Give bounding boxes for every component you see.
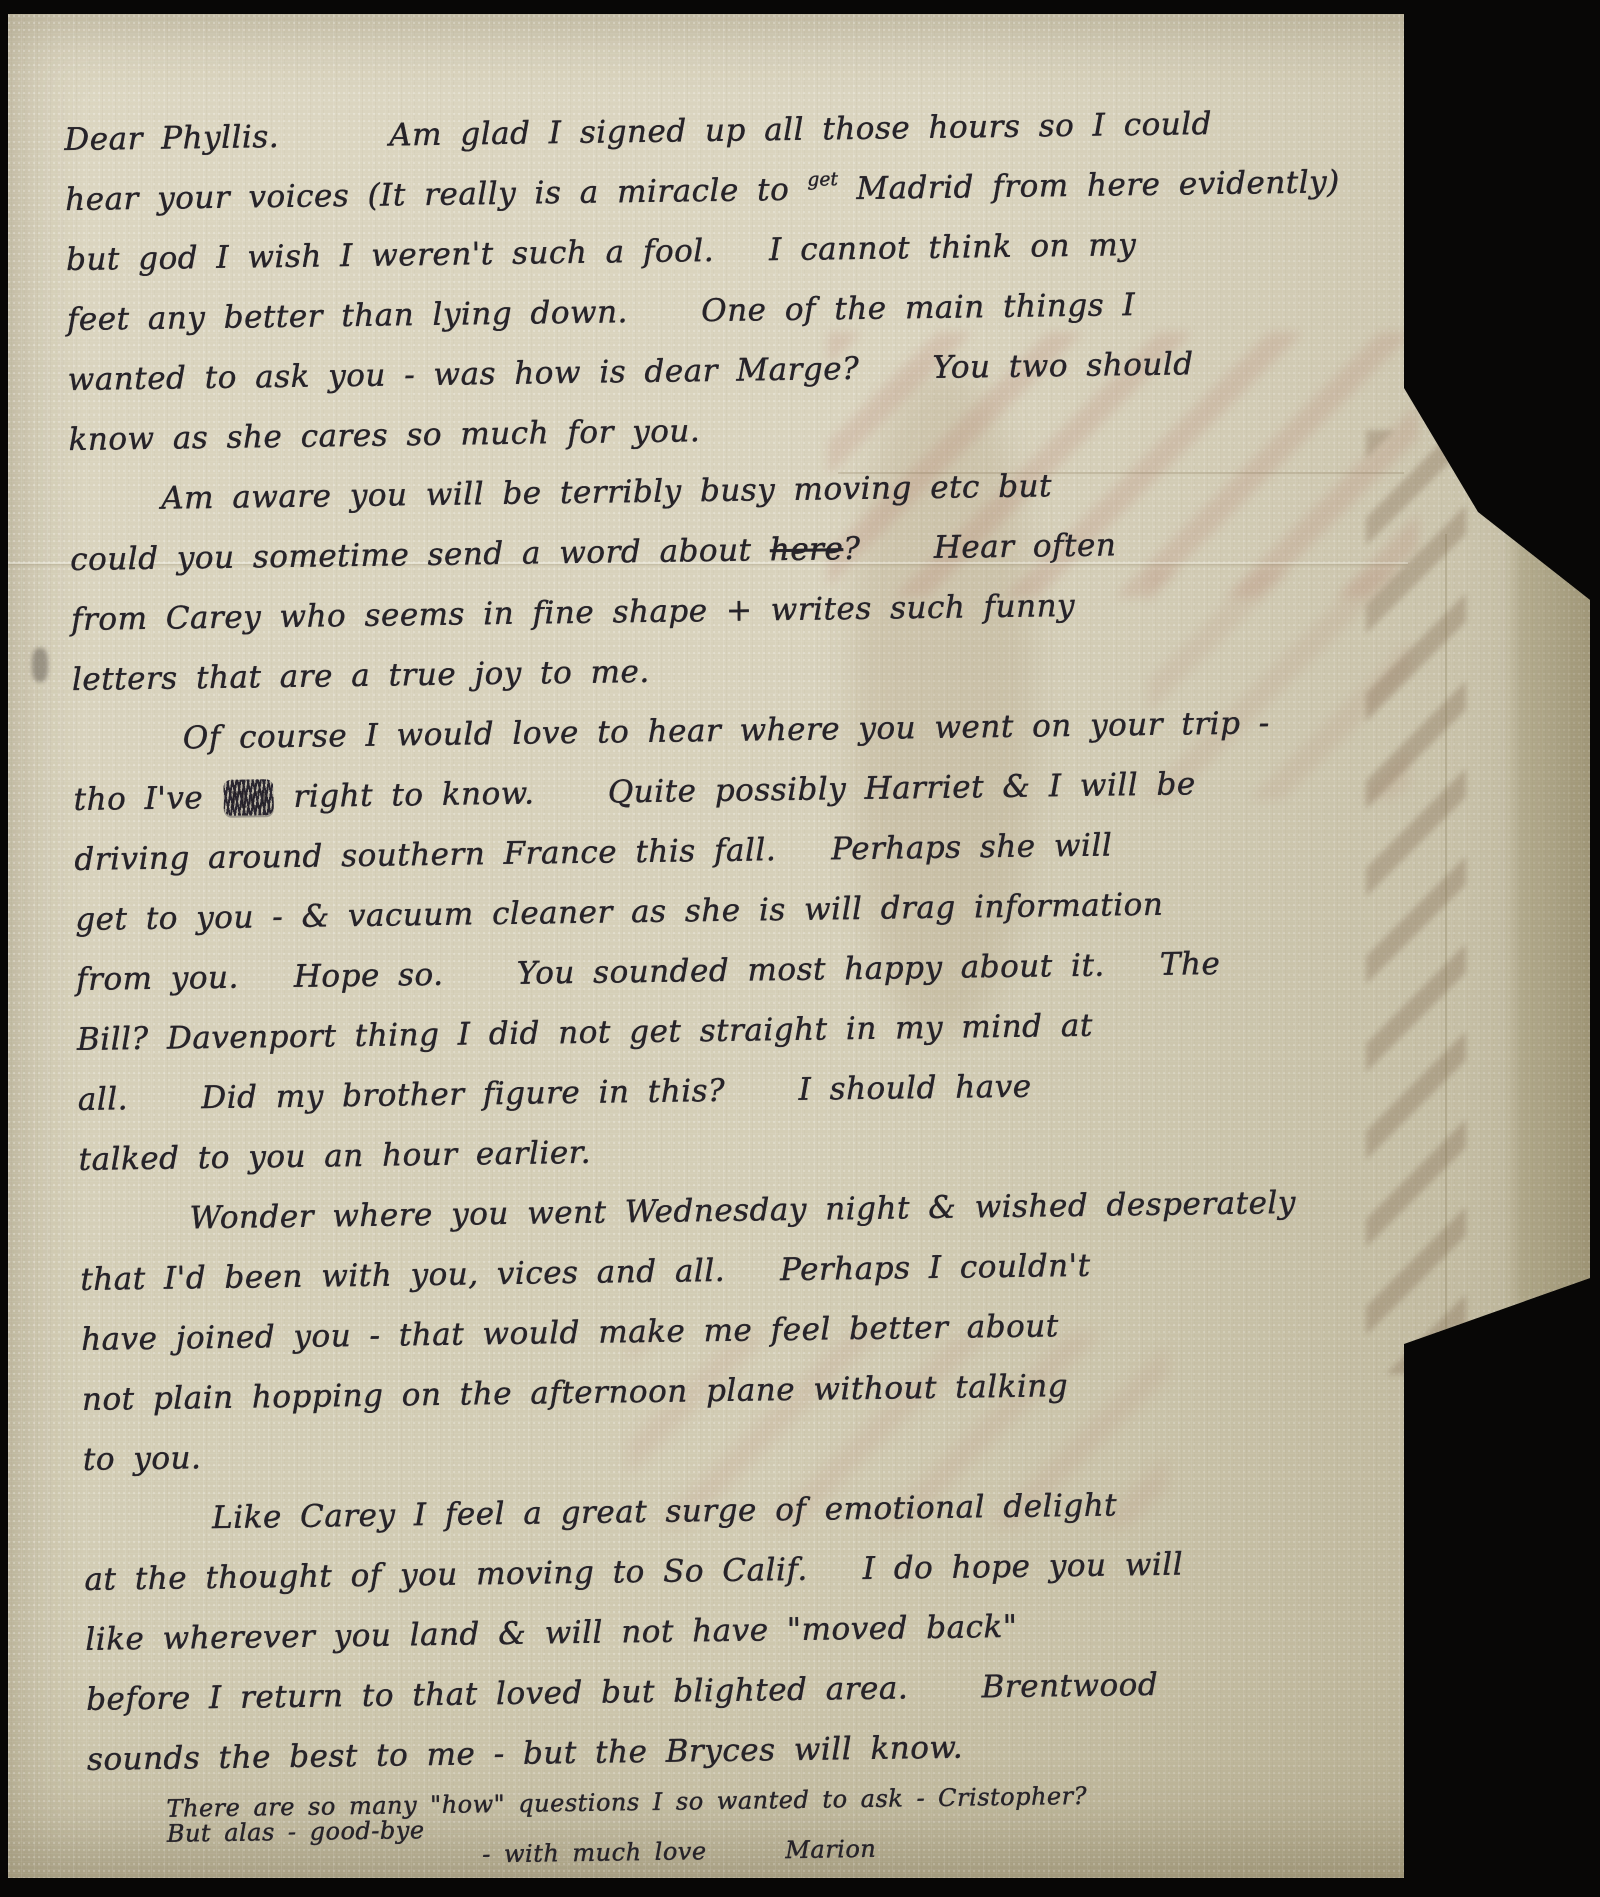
letter-text-segment: letters that are a true joy to me. — [72, 654, 650, 698]
letter-text-segment: talked to you an hour earlier. — [78, 1135, 591, 1178]
letter-paper: Dear Phyllis. Am glad I signed up all th… — [8, 14, 1592, 1878]
letter-text-segment: to you. — [83, 1440, 202, 1478]
letter-text-segment: from you. Hope so. You sounded most happ… — [76, 946, 1221, 998]
airmail-hatching-stain — [1366, 430, 1466, 1374]
letter-text-segment: Dear Phyllis. Am glad I signed up all th… — [64, 106, 1212, 158]
fold-crease — [1445, 534, 1447, 1334]
letter-text-segment: wanted to ask you - was how is dear Marg… — [68, 346, 1194, 398]
letter-text-segment: driving around southern France this fall… — [74, 827, 1112, 877]
letter-text-segment: have joined you - that would make me fee… — [81, 1308, 1059, 1358]
letter-text-segment-scribble: no — [223, 779, 273, 816]
letter-text-segment: feet any better than lying down. One of … — [67, 287, 1136, 338]
letter-text-segment: Madrid from here evidently) — [838, 164, 1340, 207]
letter-text-segment: that I'd been with you, vices and all. P… — [80, 1248, 1091, 1298]
letter-text-segment: not plain hopping on the afternoon plane… — [82, 1368, 1069, 1418]
letter-text-segment: tho I've — [73, 780, 221, 818]
letter-text-segment-strike: here — [770, 531, 844, 568]
letter-text-segment: Of course I would love to hear where you… — [73, 705, 1270, 758]
letter-text-segment: right to know. Quite possibly Harriet & … — [275, 766, 1196, 815]
scanned-letter-page: Dear Phyllis. Am glad I signed up all th… — [0, 0, 1600, 1897]
letter-text-segment: ? Hear often — [843, 527, 1116, 567]
letter-text-segment: Like Carey I feel a great surge of emoti… — [83, 1487, 1117, 1537]
letter-text-segment: before I return to that loved but blight… — [86, 1667, 1158, 1718]
letter-text-segment: all. Did my brother figure in this? I sh… — [78, 1069, 1032, 1118]
letter-text-segment: know as she cares so much for you. — [68, 413, 700, 458]
letter-text-segment: could you sometime send a word about — [70, 532, 770, 578]
letter-text-segment: Bill? Davenport thing I did not get stra… — [77, 1008, 1093, 1058]
flap-shading — [1514, 514, 1596, 1306]
letter-text-segment: sounds the best to me - but the Bryces w… — [87, 1730, 964, 1778]
letter-lines: Dear Phyllis. Am glad I signed up all th… — [64, 92, 1363, 1873]
letter-text-segment: like wherever you land & will not have "… — [85, 1609, 1018, 1658]
letter-text-segment: get to you - & vacuum cleaner as she is … — [75, 887, 1163, 938]
letter-text-segment: but god I wish I weren't such a fool. I … — [66, 227, 1137, 278]
letter-text-segment: Am aware you will be terribly busy movin… — [69, 468, 1052, 518]
letter-text-segment: at the thought of you moving to So Calif… — [84, 1547, 1183, 1598]
letter-text-segment: Wonder where you went Wednesday night & … — [79, 1185, 1296, 1238]
letter-text-segment-sup: get — [807, 169, 838, 190]
letter-text-segment: hear your voices (It really is a miracle… — [65, 172, 808, 218]
margin-smudge — [32, 648, 48, 682]
letter-text-segment: from Carey who seems in fine shape + wri… — [71, 588, 1075, 638]
